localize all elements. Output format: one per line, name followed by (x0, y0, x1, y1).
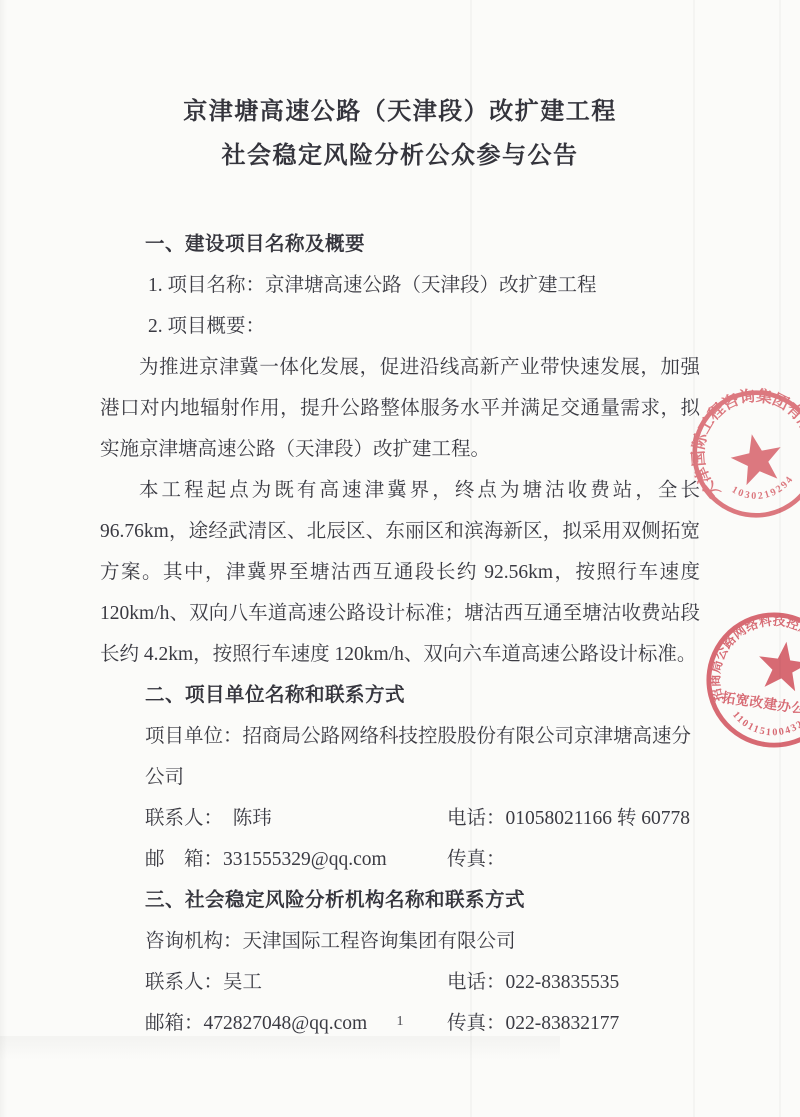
document-title: 京津塘高速公路（天津段）改扩建工程 社会稳定风险分析公众参与公告 (100, 90, 700, 178)
owner-fax: 传真： (447, 839, 700, 880)
star-icon (727, 429, 787, 487)
seal-serial-number: 1030219294 (728, 472, 799, 508)
document-content: 京津塘高速公路（天津段）改扩建工程 社会稳定风险分析公众参与公告 一、建设项目名… (100, 0, 700, 1044)
title-line-2: 社会稳定风险分析公众参与公告 (100, 134, 700, 178)
project-summary-label: 2. 项目概要： (100, 306, 700, 347)
document-body: 一、建设项目名称及概要 1. 项目名称：京津塘高速公路（天津段）改扩建工程 2.… (100, 224, 700, 1044)
project-name-line: 1. 项目名称：京津塘高速公路（天津段）改扩建工程 (100, 265, 700, 306)
section-1-heading: 一、建设项目名称及概要 (100, 224, 700, 265)
summary-paragraph-2: 本工程起点为既有高速津冀界，终点为塘沽收费站，全长 96.76km，途经武清区、… (100, 470, 700, 675)
scan-artifact-line (779, 0, 781, 1117)
scanned-page: 京津塘高速公路（天津段）改扩建工程 社会稳定风险分析公众参与公告 一、建设项目名… (0, 0, 800, 1117)
title-line-1: 京津塘高速公路（天津段）改扩建工程 (100, 90, 700, 134)
star-icon (755, 638, 800, 692)
consultant-contact-row: 联系人：吴工 电话：022-83835535 (100, 962, 700, 1003)
owner-phone: 电话：01058021166 转 60778 (447, 798, 700, 839)
owner-email-row: 邮 箱：331555329@qq.com 传真： (100, 839, 700, 880)
svg-text:招商局公路网络科技控股股份有限公司: 招商局公路网络科技控股股份有限公司 (704, 604, 800, 720)
section-3-heading: 三、社会稳定风险分析机构名称和联系方式 (100, 880, 700, 921)
owner-unit-line: 项目单位：招商局公路网络科技控股股份有限公司京津塘高速分公司 (100, 716, 700, 798)
summary-paragraph-1: 为推进京津冀一体化发展，促进沿线高新产业带快速发展，加强港口对内地辐射作用，提升… (100, 347, 700, 470)
seal-ring-text: 招商局公路网络科技控股股份有限公司 (704, 604, 800, 720)
consultant-phone: 电话：022-83835535 (447, 962, 700, 1003)
seal-center-text: 拓宽改建办公室 (720, 689, 800, 719)
owner-email: 邮 箱：331555329@qq.com (145, 839, 447, 880)
owner-contact-person: 联系人： 陈玮 (145, 798, 447, 839)
consultant-unit-line: 咨询机构：天津国际工程咨询集团有限公司 (100, 921, 700, 962)
svg-text:110115100432: 110115100432 (728, 709, 800, 744)
scan-edge-shadow (0, 0, 7, 1117)
consultant-contact-person: 联系人：吴工 (145, 962, 447, 1003)
section-2-heading: 二、项目单位名称和联系方式 (100, 675, 700, 716)
owner-contact-row: 联系人： 陈玮 电话：01058021166 转 60778 (100, 798, 700, 839)
page-number: 1 (0, 1014, 800, 1030)
svg-text:1030219294: 1030219294 (728, 472, 799, 508)
seal-serial-number: 110115100432 (728, 709, 800, 744)
